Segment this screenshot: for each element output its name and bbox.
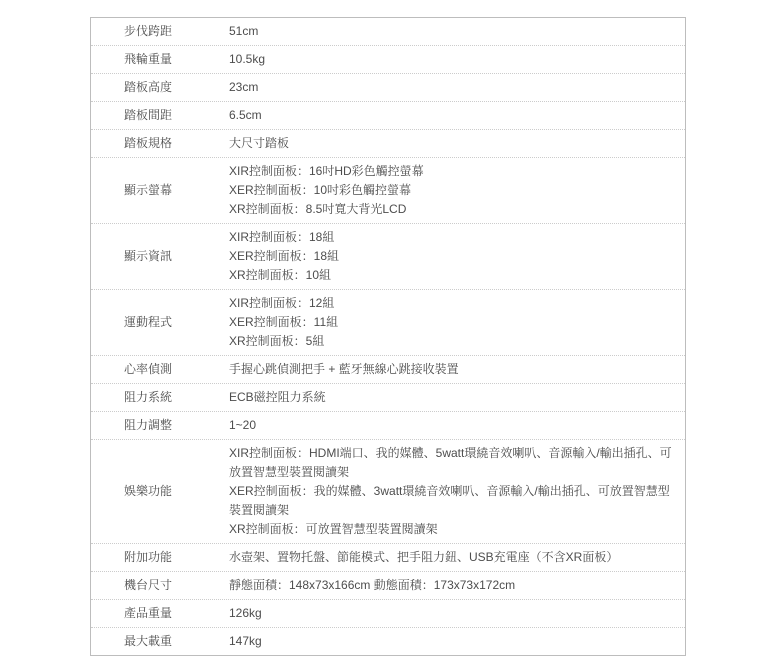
spec-row-workout-programs: 運動程式 XIR控制面板：12組 XER控制面板：11組 XR控制面板：5組 [91,289,685,355]
spec-row-max-user-weight: 最大載重 147kg [91,627,685,655]
spec-label: 踏板高度 [91,78,229,97]
spec-label: 運動程式 [91,313,229,332]
spec-value: XIR控制面板：12組 XER控制面板：11組 XR控制面板：5組 [229,294,685,351]
spec-value-line: XR控制面板：8.5吋寬大背光LCD [229,200,673,219]
spec-row-resistance-levels: 阻力調整 1~20 [91,411,685,439]
spec-value-line: 手握心跳偵測把手 + 藍牙無線心跳接收裝置 [229,360,673,379]
spec-row-entertainment: 娛樂功能 XIR控制面板：HDMI端口、我的媒體、5watt環繞音效喇叭、音源輸… [91,439,685,543]
spec-row-pedal-size: 踏板規格 大尺寸踏板 [91,129,685,157]
spec-value: 10.5kg [229,50,685,69]
spec-value: 手握心跳偵測把手 + 藍牙無線心跳接收裝置 [229,360,685,379]
spec-value-line: 大尺寸踏板 [229,134,673,153]
spec-row-flywheel-weight: 飛輪重量 10.5kg [91,45,685,73]
spec-value-line: XIR控制面板：12組 [229,294,673,313]
spec-label: 步伐跨距 [91,22,229,41]
spec-value: 6.5cm [229,106,685,125]
spec-table: 步伐跨距 51cm 飛輪重量 10.5kg 踏板高度 23cm 踏板間距 6.5… [90,17,686,656]
spec-label: 產品重量 [91,604,229,623]
spec-label: 心率偵測 [91,360,229,379]
spec-value-line: 靜態面積：148x73x166cm 動態面積：173x73x172cm [229,576,673,595]
spec-row-pedal-height: 踏板高度 23cm [91,73,685,101]
spec-value: 水壺架、置物托盤、節能模式、把手阻力鈕、USB充電座（不含XR面板） [229,548,685,567]
spec-row-stride: 步伐跨距 51cm [91,18,685,45]
spec-label: 最大載重 [91,632,229,651]
spec-row-pedal-spacing: 踏板間距 6.5cm [91,101,685,129]
spec-value-line: XIR控制面板：18組 [229,228,673,247]
spec-value: 23cm [229,78,685,97]
spec-value-line: 126kg [229,604,673,623]
spec-label: 顯示資訊 [91,247,229,266]
spec-value-line: ECB磁控阻力系統 [229,388,673,407]
spec-value-line: 10.5kg [229,50,673,69]
spec-value: 1~20 [229,416,685,435]
spec-value-line: XER控制面板：11組 [229,313,673,332]
spec-row-display-screen: 顯示螢幕 XIR控制面板：16吋HD彩色觸控螢幕 XER控制面板：10吋彩色觸控… [91,157,685,223]
spec-label: 踏板間距 [91,106,229,125]
spec-value-line: 23cm [229,78,673,97]
spec-value: 51cm [229,22,685,41]
spec-value: XIR控制面板：HDMI端口、我的媒體、5watt環繞音效喇叭、音源輸入/輸出插… [229,444,685,539]
spec-value-line: XER控制面板：我的媒體、3watt環繞音效喇叭、音源輸入/輸出插孔、可放置智慧… [229,482,673,520]
spec-label: 顯示螢幕 [91,181,229,200]
spec-label: 飛輪重量 [91,50,229,69]
spec-row-machine-dimensions: 機台尺寸 靜態面積：148x73x166cm 動態面積：173x73x172cm [91,571,685,599]
spec-value-line: 51cm [229,22,673,41]
spec-label: 機台尺寸 [91,576,229,595]
spec-label: 阻力系統 [91,388,229,407]
spec-label: 踏板規格 [91,134,229,153]
spec-value-line: XR控制面板：5組 [229,332,673,351]
spec-value: 大尺寸踏板 [229,134,685,153]
spec-row-display-info: 顯示資訊 XIR控制面板：18組 XER控制面板：18組 XR控制面板：10組 [91,223,685,289]
spec-value: XIR控制面板：16吋HD彩色觸控螢幕 XER控制面板：10吋彩色觸控螢幕 XR… [229,162,685,219]
spec-value-line: 6.5cm [229,106,673,125]
spec-value-line: 1~20 [229,416,673,435]
spec-row-heart-rate: 心率偵測 手握心跳偵測把手 + 藍牙無線心跳接收裝置 [91,355,685,383]
spec-value-line: 147kg [229,632,673,651]
spec-value: 147kg [229,632,685,651]
spec-label: 阻力調整 [91,416,229,435]
spec-row-extra-features: 附加功能 水壺架、置物托盤、節能模式、把手阻力鈕、USB充電座（不含XR面板） [91,543,685,571]
spec-value: XIR控制面板：18組 XER控制面板：18組 XR控制面板：10組 [229,228,685,285]
spec-value: 126kg [229,604,685,623]
spec-row-resistance-system: 阻力系統 ECB磁控阻力系統 [91,383,685,411]
spec-value-line: XR控制面板：10組 [229,266,673,285]
spec-value: ECB磁控阻力系統 [229,388,685,407]
spec-label: 附加功能 [91,548,229,567]
spec-value-line: 水壺架、置物托盤、節能模式、把手阻力鈕、USB充電座（不含XR面板） [229,548,673,567]
spec-value-line: XIR控制面板：HDMI端口、我的媒體、5watt環繞音效喇叭、音源輸入/輸出插… [229,444,673,482]
spec-value: 靜態面積：148x73x166cm 動態面積：173x73x172cm [229,576,685,595]
spec-value-line: XER控制面板：18組 [229,247,673,266]
spec-value-line: XIR控制面板：16吋HD彩色觸控螢幕 [229,162,673,181]
spec-value-line: XR控制面板：可放置智慧型裝置閱讀架 [229,520,673,539]
spec-row-product-weight: 產品重量 126kg [91,599,685,627]
spec-label: 娛樂功能 [91,482,229,501]
spec-value-line: XER控制面板：10吋彩色觸控螢幕 [229,181,673,200]
